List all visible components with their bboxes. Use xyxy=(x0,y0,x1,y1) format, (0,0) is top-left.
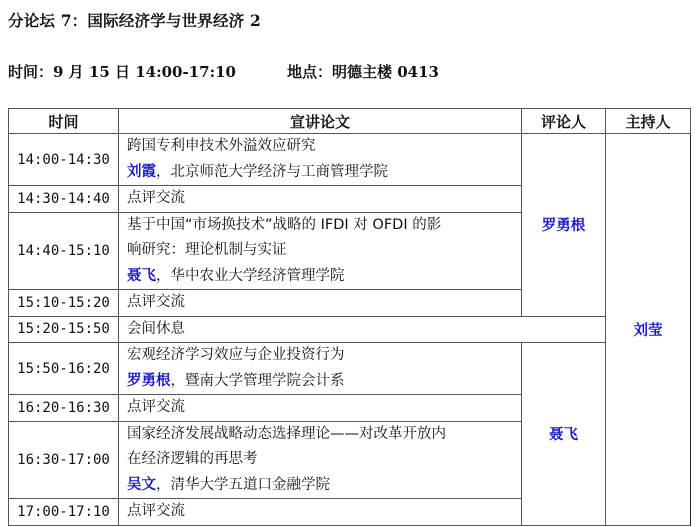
speaker-name: 罗勇根 xyxy=(127,373,171,389)
schedule-table: 时间 宣讲论文 评论人 主持人 14:00-14:30 跨国专利申技术外溢效应研… xyxy=(8,108,691,526)
paper-cell: 国家经济发展战略动态选择理论——对改革开放内 在经济逻辑的再思考 吴文，清华大学… xyxy=(119,421,522,499)
break-cell: 会间休息 xyxy=(119,316,606,343)
col-header-commenter: 评论人 xyxy=(522,109,606,134)
table-row: 14:00-14:30 跨国专利申技术外溢效应研究 刘霞，北京师范大学经济与工商… xyxy=(9,134,691,186)
forum-title: 分论坛 7：国际经济学与世界经济 2 xyxy=(8,9,261,31)
commenter-name: 聂飞 xyxy=(549,427,578,443)
discussion-cell: 点评交流 xyxy=(119,395,522,422)
paper-title-line-2: 响研究：理论机制与实证 xyxy=(127,238,521,264)
time-cell: 16:30-17:00 xyxy=(9,421,119,499)
col-header-host: 主持人 xyxy=(606,109,691,134)
speaker-affiliation: ，华中农业大学经济管理学院 xyxy=(156,268,345,284)
speaker-affiliation: ，暨南大学管理学院会计系 xyxy=(171,373,345,389)
time-cell: 15:20-15:50 xyxy=(9,316,119,343)
time-cell: 15:10-15:20 xyxy=(9,290,119,317)
speaker-name: 聂飞 xyxy=(127,268,156,284)
table-header-row: 时间 宣讲论文 评论人 主持人 xyxy=(9,109,691,134)
host-name: 刘莹 xyxy=(634,323,663,339)
col-header-time: 时间 xyxy=(9,109,119,134)
speaker-name: 刘霞 xyxy=(127,164,156,180)
time-cell: 14:40-15:10 xyxy=(9,212,119,290)
paper-title-line-2: 在经济逻辑的再思考 xyxy=(127,447,521,473)
session-place: 地点：明德主楼 0413 xyxy=(287,61,439,82)
table-row: 15:20-15:50 会间休息 xyxy=(9,316,691,343)
session-time: 时间：9 月 15 日 14:00-17:10 xyxy=(8,61,236,82)
discussion-cell: 点评交流 xyxy=(119,499,522,526)
commenter-name: 罗勇根 xyxy=(542,218,586,234)
commenter-cell: 罗勇根 xyxy=(522,134,606,317)
paper-title-line-1: 国家经济发展战略动态选择理论——对改革开放内 xyxy=(127,422,521,448)
table-row: 15:50-16:20 宏观经济学习效应与企业投资行为 罗勇根，暨南大学管理学院… xyxy=(9,343,691,395)
paper-title: 宏观经济学习效应与企业投资行为 xyxy=(127,343,521,369)
paper-cell: 基于中国“市场换技术”战略的 IFDI 对 OFDI 的影 响研究：理论机制与实… xyxy=(119,212,522,290)
speaker-affiliation: ，清华大学五道口金融学院 xyxy=(156,477,330,493)
time-cell: 16:20-16:30 xyxy=(9,395,119,422)
paper-title-line-1: 基于中国“市场换技术”战略的 IFDI 对 OFDI 的影 xyxy=(127,213,521,239)
time-cell: 17:00-17:10 xyxy=(9,499,119,526)
time-cell: 14:30-14:40 xyxy=(9,186,119,213)
discussion-cell: 点评交流 xyxy=(119,290,522,317)
speaker-name: 吴文 xyxy=(127,477,156,493)
speaker-affiliation: ，北京师范大学经济与工商管理学院 xyxy=(156,164,388,180)
paper-title: 跨国专利申技术外溢效应研究 xyxy=(127,134,521,160)
paper-cell: 跨国专利申技术外溢效应研究 刘霞，北京师范大学经济与工商管理学院 xyxy=(119,134,522,186)
time-cell: 14:00-14:30 xyxy=(9,134,119,186)
time-cell: 15:50-16:20 xyxy=(9,343,119,395)
col-header-paper: 宣讲论文 xyxy=(119,109,522,134)
host-cell: 刘莹 xyxy=(606,134,691,526)
discussion-cell: 点评交流 xyxy=(119,186,522,213)
commenter-cell: 聂飞 xyxy=(522,343,606,526)
paper-cell: 宏观经济学习效应与企业投资行为 罗勇根，暨南大学管理学院会计系 xyxy=(119,343,522,395)
